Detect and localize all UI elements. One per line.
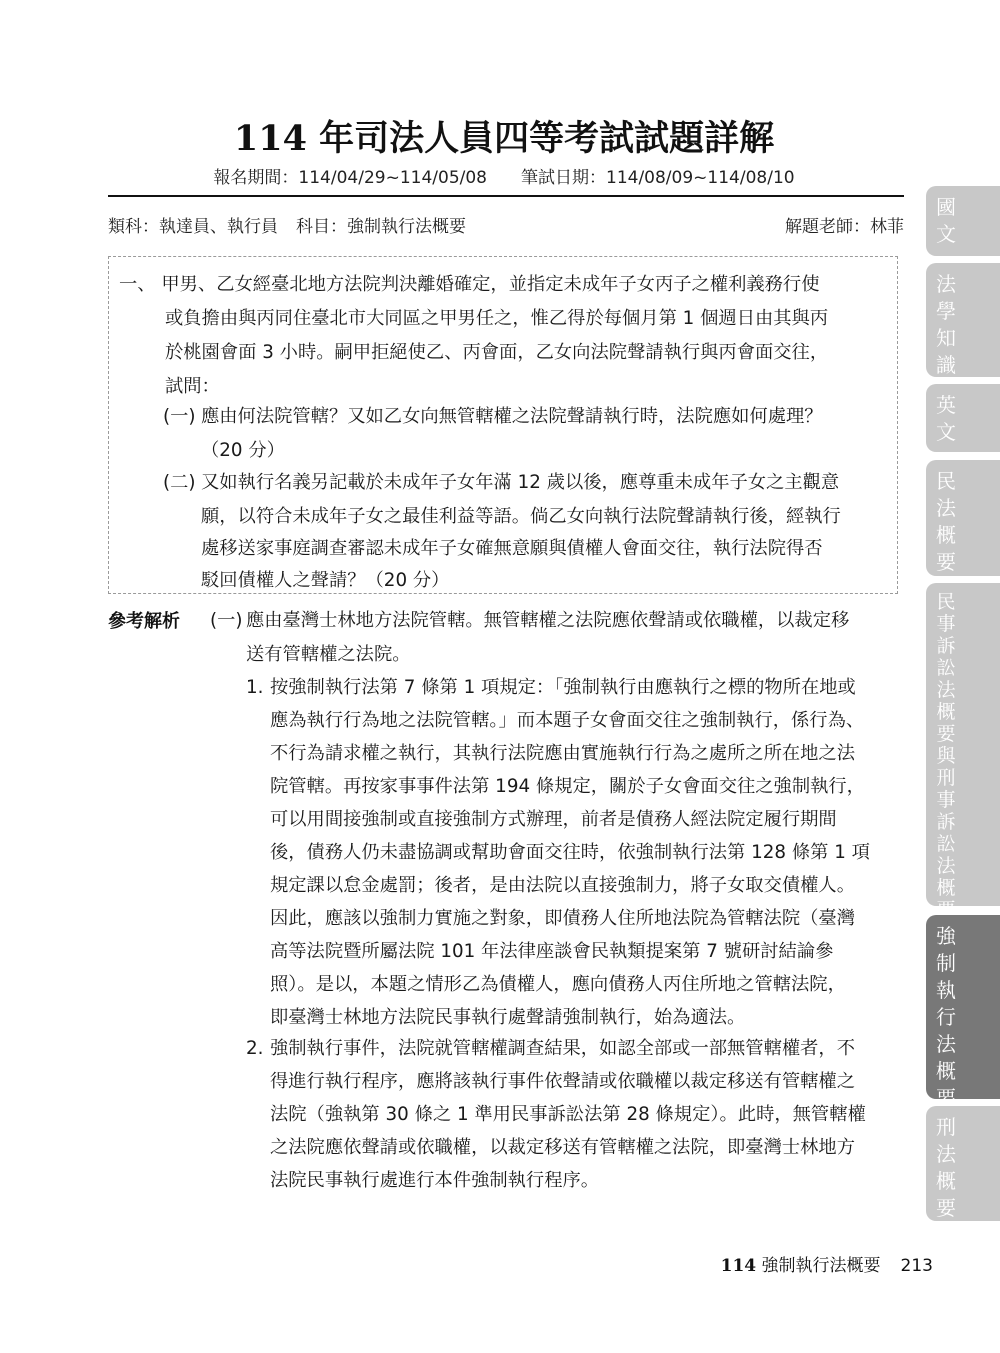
tab-label-char: 訴: [934, 811, 958, 833]
exam-meta: 類科：執達員、執行員科目：強制執行法概要 解題老師：林菲: [108, 213, 904, 241]
page-footer: 114 強制執行法概要213: [700, 1254, 933, 1278]
sub-question-line: （20 分）: [201, 434, 285, 468]
tab-label-char: 法: [934, 679, 958, 701]
tab-label-char: 概: [934, 522, 958, 549]
tab-civil-criminal-procedure[interactable]: 民事訴訟法概要與刑事訴訟法概要: [926, 583, 1000, 906]
answer-line: 按強制執行法第 7 條第 1 項規定：「強制執行由應執行之標的物所在地或: [270, 671, 856, 705]
tab-civil-law[interactable]: 民法概要: [926, 460, 1000, 576]
answer-line: 規定課以怠金處罰；後者，是由法院以直接強制力，將子女取交債權人。: [270, 869, 855, 903]
tab-label-char: 訴: [934, 635, 958, 657]
tab-label-char: 事: [934, 789, 958, 811]
tab-label-char: 執: [934, 977, 958, 1004]
sub-question-line: 處移送家事庭調查審認未成年子女確無意願與債權人會面交往，執行法院得否: [201, 532, 823, 566]
sub-question-line: 願，以符合未成年子女之最佳利益等語。倘乙女向執行法院聲請執行後，經執行: [201, 500, 841, 534]
tab-label-char: 刑: [934, 1114, 958, 1141]
reference-answer-label: 參考解析: [108, 607, 180, 637]
tab-law-knowledge[interactable]: 法學知識: [926, 263, 1000, 377]
sub-question-line: 應由何法院管轄？又如乙女向無管轄權之法院聲請執行時，法院應如何處理？: [201, 400, 823, 434]
tab-label-char: 學: [934, 298, 958, 325]
header-divider: [108, 195, 904, 197]
answer-line: 即臺灣士林地方法院民事執行處聲請強制執行，始為適法。: [270, 1001, 745, 1035]
answer-line: 不行為請求權之執行，其執行法院應由實施執行行為之處所之所在地之法: [270, 737, 855, 771]
tab-english[interactable]: 英文: [926, 384, 1000, 452]
point-marker: 2.: [246, 1032, 263, 1066]
tab-label-char: 法: [934, 271, 958, 298]
sub-question-marker: (一): [163, 400, 196, 434]
answer-line: 院管轄。再按家事事件法第 194 條規定，關於子女會面交往之強制執行，: [270, 770, 865, 804]
question-line: 或負擔由與丙同住臺北市大同區之甲男任之，惟乙得於每個月第 1 個週日由其與丙: [165, 302, 828, 336]
teacher: 解題老師：林菲: [785, 213, 904, 241]
question-line: 一、 甲男、乙女經臺北地方法院判決離婚確定，並指定未成年子女丙子之權利義務行使: [119, 268, 820, 302]
point-marker: 1.: [246, 671, 263, 705]
tab-label-char: 訟: [934, 657, 958, 679]
tab-label-char: 要: [934, 549, 958, 576]
tab-label-char: 行: [934, 1004, 958, 1031]
question-line: 於桃園會面 3 小時。嗣甲拒絕使乙、丙會面，乙女向法院聲請執行與丙會面交往，: [165, 336, 828, 370]
tab-label-char: 概: [934, 701, 958, 723]
page-number: 213: [901, 1256, 933, 1276]
answer-line: 之法院應依聲請或依職權，以裁定移送有管轄權之法院，即臺灣士林地方: [270, 1131, 855, 1165]
subject: 科目：強制執行法概要: [296, 217, 466, 237]
answer-line: 後，債務人仍未盡協調或幫助會面交往時，依強制執行法第 128 條第 1 項: [270, 836, 870, 870]
tab-label-char: 知: [934, 325, 958, 352]
tab-criminal-law[interactable]: 刑法概要: [926, 1106, 1000, 1221]
tab-label-char: 制: [934, 950, 958, 977]
tab-label-char: 法: [934, 1031, 958, 1058]
answer-part-marker: (一): [210, 604, 243, 638]
tab-label-char: 事: [934, 613, 958, 635]
tab-label-char: 文: [934, 221, 958, 248]
tab-label-char: 法: [934, 855, 958, 877]
answer-line: 強制執行事件，法院就管轄權調查結果，如認全部或一部無管轄權者，不: [270, 1032, 855, 1066]
tab-label-char: 民: [934, 468, 958, 495]
answer-line: 可以用間接強制或直接強制方式辦理，前者是債務人經法院定履行期間: [270, 803, 837, 837]
tab-enforcement-law[interactable]: 強制執行法概要: [926, 915, 1000, 1099]
answer-line: 送有管轄權之法院。: [246, 638, 411, 672]
tab-label-char: 概: [934, 1058, 958, 1085]
subject-tabs: 國文 法學知識 英文 民法概要 民事訴訟法概要與刑事訴訟法概要 強制執行法概要 …: [926, 0, 1000, 1353]
tab-label-char: 法: [934, 1141, 958, 1168]
tab-label-char: 要: [934, 723, 958, 745]
tab-label-char: 訟: [934, 833, 958, 855]
footer-year: 114: [721, 1256, 757, 1276]
answer-line: 照）。是以，本題之情形乙為債權人，應向債務人丙住所地之管轄法院，: [270, 968, 846, 1002]
category: 類科：執達員、執行員: [108, 217, 278, 237]
sub-question-line: 駁回債權人之聲請？（20 分）: [201, 564, 449, 598]
tab-label-char: 英: [934, 392, 958, 419]
answer-line: 應為執行行為地之法院管轄。」而本題子女會面交往之強制執行，係行為、: [270, 704, 864, 738]
tab-label-char: 民: [934, 591, 958, 613]
sub-question-marker: (二): [163, 466, 196, 500]
tab-label-char: 強: [934, 923, 958, 950]
tab-label-char: 刑: [934, 767, 958, 789]
page-title: 114 年司法人員四等考試試題詳解: [108, 114, 900, 164]
answer-line: 法院（強執第 30 條之 1 準用民事訴訟法第 28 條規定）。此時，無管轄權: [270, 1098, 866, 1132]
answer-line: 法院民事執行處進行本件強制執行程序。: [270, 1164, 599, 1198]
tab-label-char: 與: [934, 745, 958, 767]
tab-label-char: 概: [934, 877, 958, 899]
tab-label-char: 概: [934, 1168, 958, 1195]
registration-period: 報名期間：114/04/29~114/05/08: [213, 168, 487, 188]
tab-label-char: 國: [934, 194, 958, 221]
exam-dates: 報名期間：114/04/29~114/05/08筆試日期：114/08/09~1…: [108, 166, 900, 190]
tab-label-char: 要: [934, 1195, 958, 1222]
tab-chinese[interactable]: 國文: [926, 186, 1000, 256]
footer-subject: 強制執行法概要: [762, 1256, 881, 1276]
tab-label-char: 識: [934, 352, 958, 379]
sub-question-line: 又如執行名義另記載於未成年子女年滿 12 歲以後，應尊重未成年子女之主觀意: [201, 466, 839, 500]
answer-line: 得進行執行程序，應將該執行事件依聲請或依職權以裁定移送有管轄權之: [270, 1065, 855, 1099]
answer-line: 應由臺灣士林地方法院管轄。無管轄權之法院應依聲請或依職權，以裁定移: [246, 604, 849, 638]
question-line: 試問：: [165, 370, 220, 404]
answer-line: 高等法院暨所屬法院 101 年法律座談會民執類提案第 7 號研討結論參: [270, 935, 833, 969]
tab-label-char: 法: [934, 495, 958, 522]
written-exam-dates: 筆試日期：114/08/09~114/08/10: [521, 168, 795, 188]
answer-line: 因此，應該以強制力實施之對象，即債務人住所地法院為管轄法院（臺灣: [270, 902, 855, 936]
tab-label-char: 文: [934, 419, 958, 446]
